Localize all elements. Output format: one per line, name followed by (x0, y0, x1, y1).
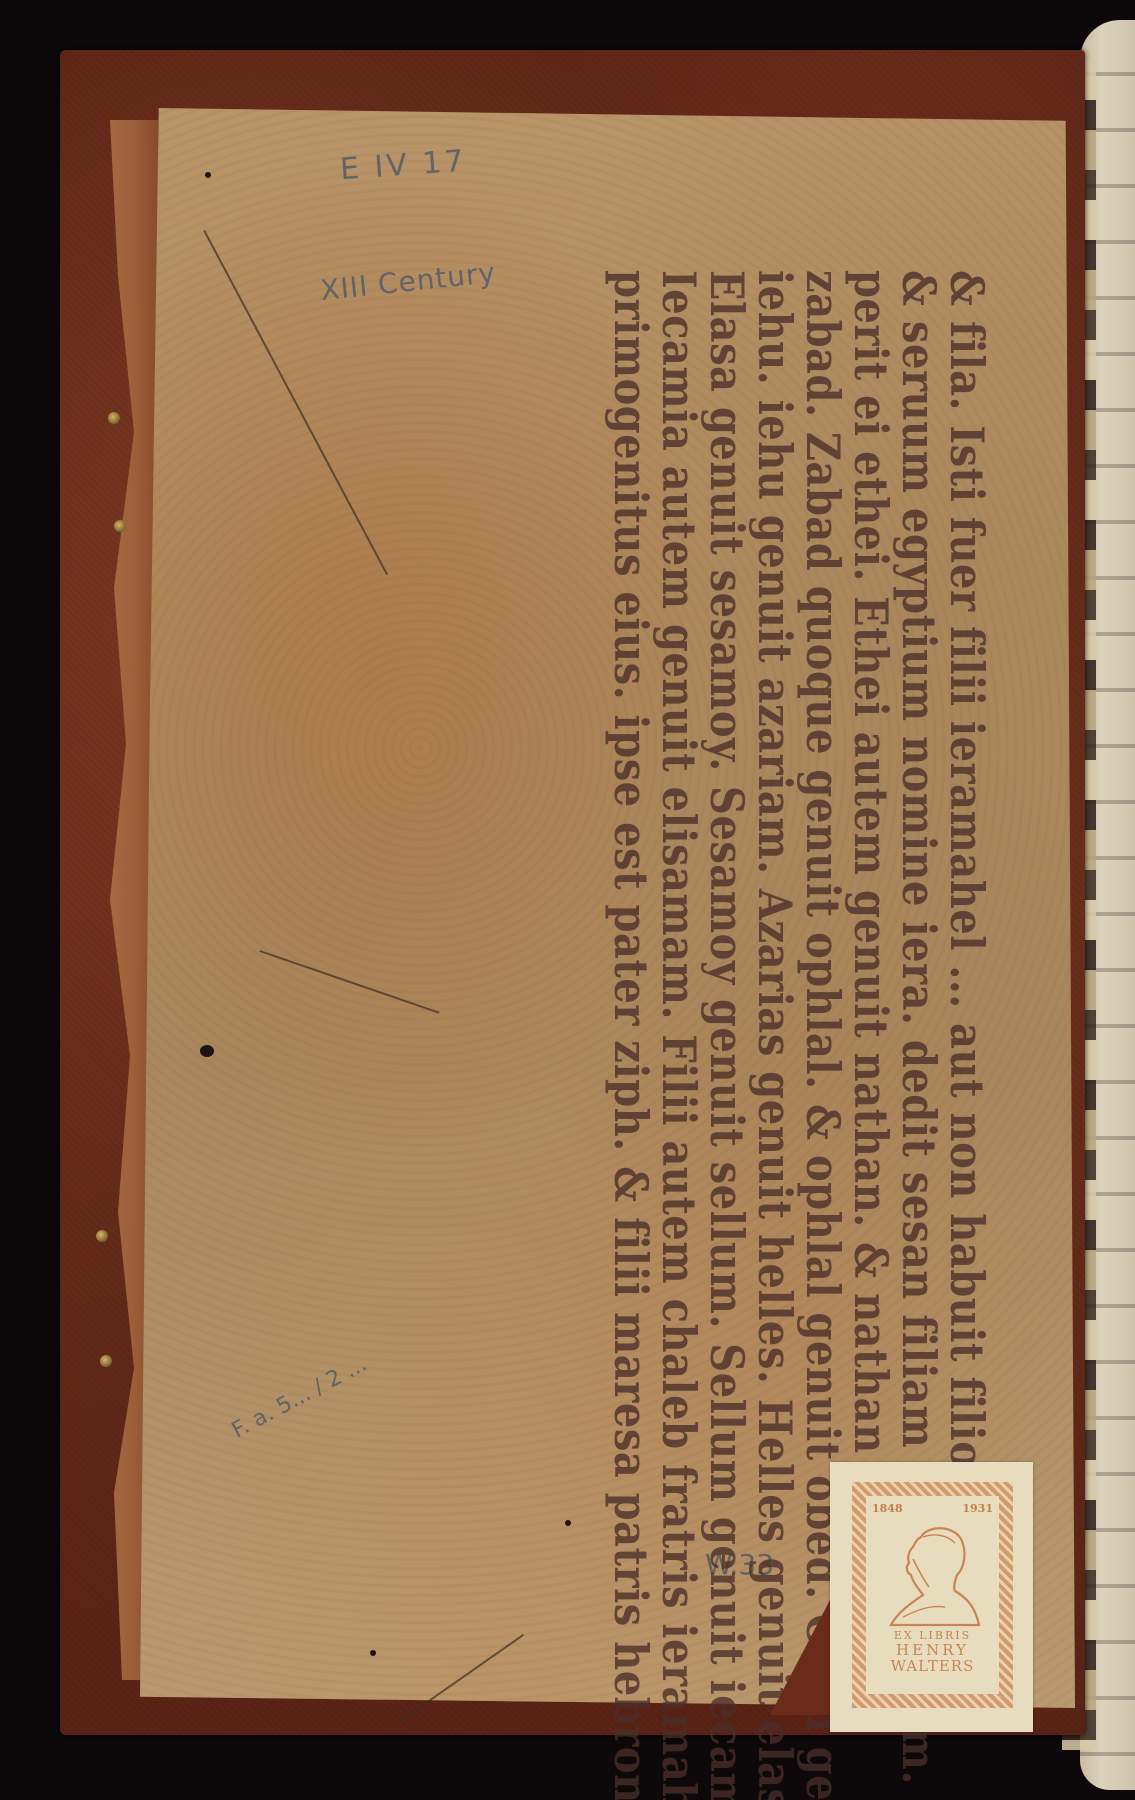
manuscript-line: & seruum egyptium nomine iera. dedit ses… (890, 270, 945, 1510)
brass-nail (96, 1230, 108, 1242)
manuscript-line: iehu. iehu genuit azariam. Azarias genui… (746, 270, 801, 1510)
manuscript-text-fragment: & fila. Isti fuer filii ieramahel ... au… (560, 270, 990, 1510)
manuscript-line: Iecamia autem genuit elisamam. Filii aut… (650, 270, 705, 1510)
owner-first-name: HENRY (896, 1642, 969, 1658)
birth-year: 1848 (872, 1502, 903, 1515)
owner-last-name: WALTERS (891, 1658, 975, 1674)
manuscript-line: Elasa genuit sesamoy. Sesamoy genuit sel… (698, 270, 753, 1510)
manuscript-line: zabad. Zabad quoque genuit ophlal. & oph… (794, 270, 849, 1510)
wormhole (205, 172, 211, 178)
death-year: 1931 (962, 1502, 993, 1515)
manuscript-line: primogenitus eius. ipse est pater ziph. … (602, 270, 657, 1510)
portrait-profile-icon (883, 1517, 983, 1627)
brass-nail (100, 1355, 112, 1367)
wormhole (370, 1650, 376, 1656)
bookplate-decorative-border: 1848 1931 EX LIBRIS HENRY WALTERS (852, 1482, 1013, 1708)
brass-nail (114, 520, 126, 532)
bookplate-years: 1848 1931 (866, 1496, 999, 1515)
manuscript-line: & fila. Isti fuer filii ieramahel ... au… (938, 270, 993, 1510)
ex-libris-bookplate: 1848 1931 EX LIBRIS HENRY WALTERS (830, 1462, 1033, 1732)
wormhole (200, 1045, 214, 1057)
manuscript-line: perit ei ethei. Ethei autem genuit natha… (842, 270, 897, 1510)
wormhole (565, 1520, 571, 1526)
brass-nail (108, 412, 120, 424)
